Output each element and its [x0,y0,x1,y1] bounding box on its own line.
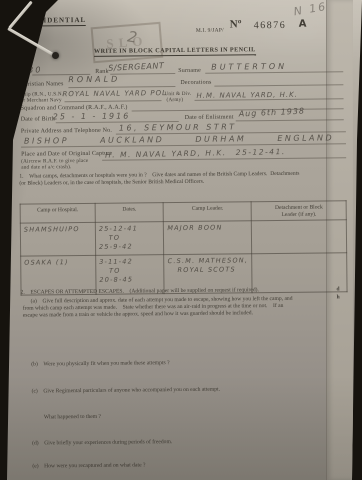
rank-value: S/SERGEANT [108,61,164,73]
dob-value: 25 - 1 - 1916 [53,112,131,122]
leader-cell: MAJOR BOON [167,223,248,252]
field-rule [214,84,343,86]
binding-string-icon [8,1,32,29]
question-2d: (d) Give briefly your experiences during… [32,439,172,448]
document-page: CONFIDENTIAL SLO 2 M.I. 9/JAP/ Nº 46876 … [0,0,362,480]
address-value-line1: 16, SEYMOUR STRT [119,122,237,132]
question-2b: (b) Were you physically fit when you mad… [31,360,169,369]
question-2c-followup: What happened to them ? [44,414,101,422]
dob-label: Date of Birth [21,116,55,123]
decorations-label: Decorations [180,80,211,87]
unit-value: H.M. NAVAL YARD, H.K. [196,91,298,100]
christian-names-value: RONALD [68,75,120,85]
camp-table: Camp or Hospital. Dates. Camp Leader. De… [20,200,348,296]
form-reference: M.I. 9/JAP/ [196,28,224,35]
serial-number: 46876 [254,22,287,29]
detachment-cell [256,255,344,290]
ship-value: ROYAL NAVAL YARD POL [62,89,167,98]
leader-cell: C.S.M. MATHESON, ROYAL SCOTS [168,256,249,291]
censor-stamp: SLO 2 [91,22,164,63]
classification-banner: CONFIDENTIAL [20,17,87,27]
form-content: CONFIDENTIAL SLO 2 M.I. 9/JAP/ Nº 46876 … [0,0,362,480]
dates-cell: 3-11-42 TO 20-8-45 [99,257,161,292]
ship-label-line2: or Merchant Navy [21,97,62,103]
number-label: Nº [230,21,242,28]
question-2c: (c) Give Regimental particulars of anyon… [32,387,220,396]
enlistment-label: Date of Enlistment [185,114,234,122]
series-letter: A [299,21,307,28]
question-2a: (a) Give full description and approx. da… [23,295,349,320]
col-detachment-leader: Detachment or Block Leader (if any). [252,201,347,221]
col-camp-or-hospital: Camp or Hospital. [20,203,95,223]
unit-label-line2: (Army) [167,97,184,103]
no-label: No. [20,70,30,77]
christian-names-label: Christian Names [20,81,63,88]
surname-value: BUTTERTON [211,62,287,72]
field-rule [205,71,343,73]
form-instruction: WRITE IN BLOCK CAPITAL LETTERS IN PENCIL [94,46,256,57]
question-2e: (e) How were you recaptured and on what … [32,462,145,470]
col-camp-leader: Camp Leader. [164,202,252,222]
adjacent-page-text-bleed: d h [336,285,339,301]
no-value: 30 [28,65,42,74]
field-rule [65,100,162,102]
pencil-note: N 16 [293,0,328,18]
field-rule [236,119,344,121]
table-row: SHAMSHUIPO 25-12-41 TO 25-9-42 MAJOR BOO… [20,220,346,256]
question-1: 1. What camps, detachments or hospitals … [19,170,349,188]
photo-background: CONFIDENTIAL SLO 2 M.I. 9/JAP/ Nº 46876 … [0,0,362,480]
camp-cell: SHAMSHUIPO [24,225,92,254]
capture-label-line3: and date of a/c crash). [21,164,71,171]
field-rule [68,86,175,88]
detachment-cell [255,222,343,251]
surname-label: Surname [178,68,201,75]
punch-hole-icon [52,52,59,59]
enlistment-value: Aug 6th 1938 [239,107,306,119]
dates-cell: 25-12-41 TO 25-9-42 [99,224,161,253]
col-dates: Dates. [95,203,164,223]
address-label: Private Address and Telephone No. [21,128,112,136]
camp-cell: OSAKA (1) [24,258,92,293]
